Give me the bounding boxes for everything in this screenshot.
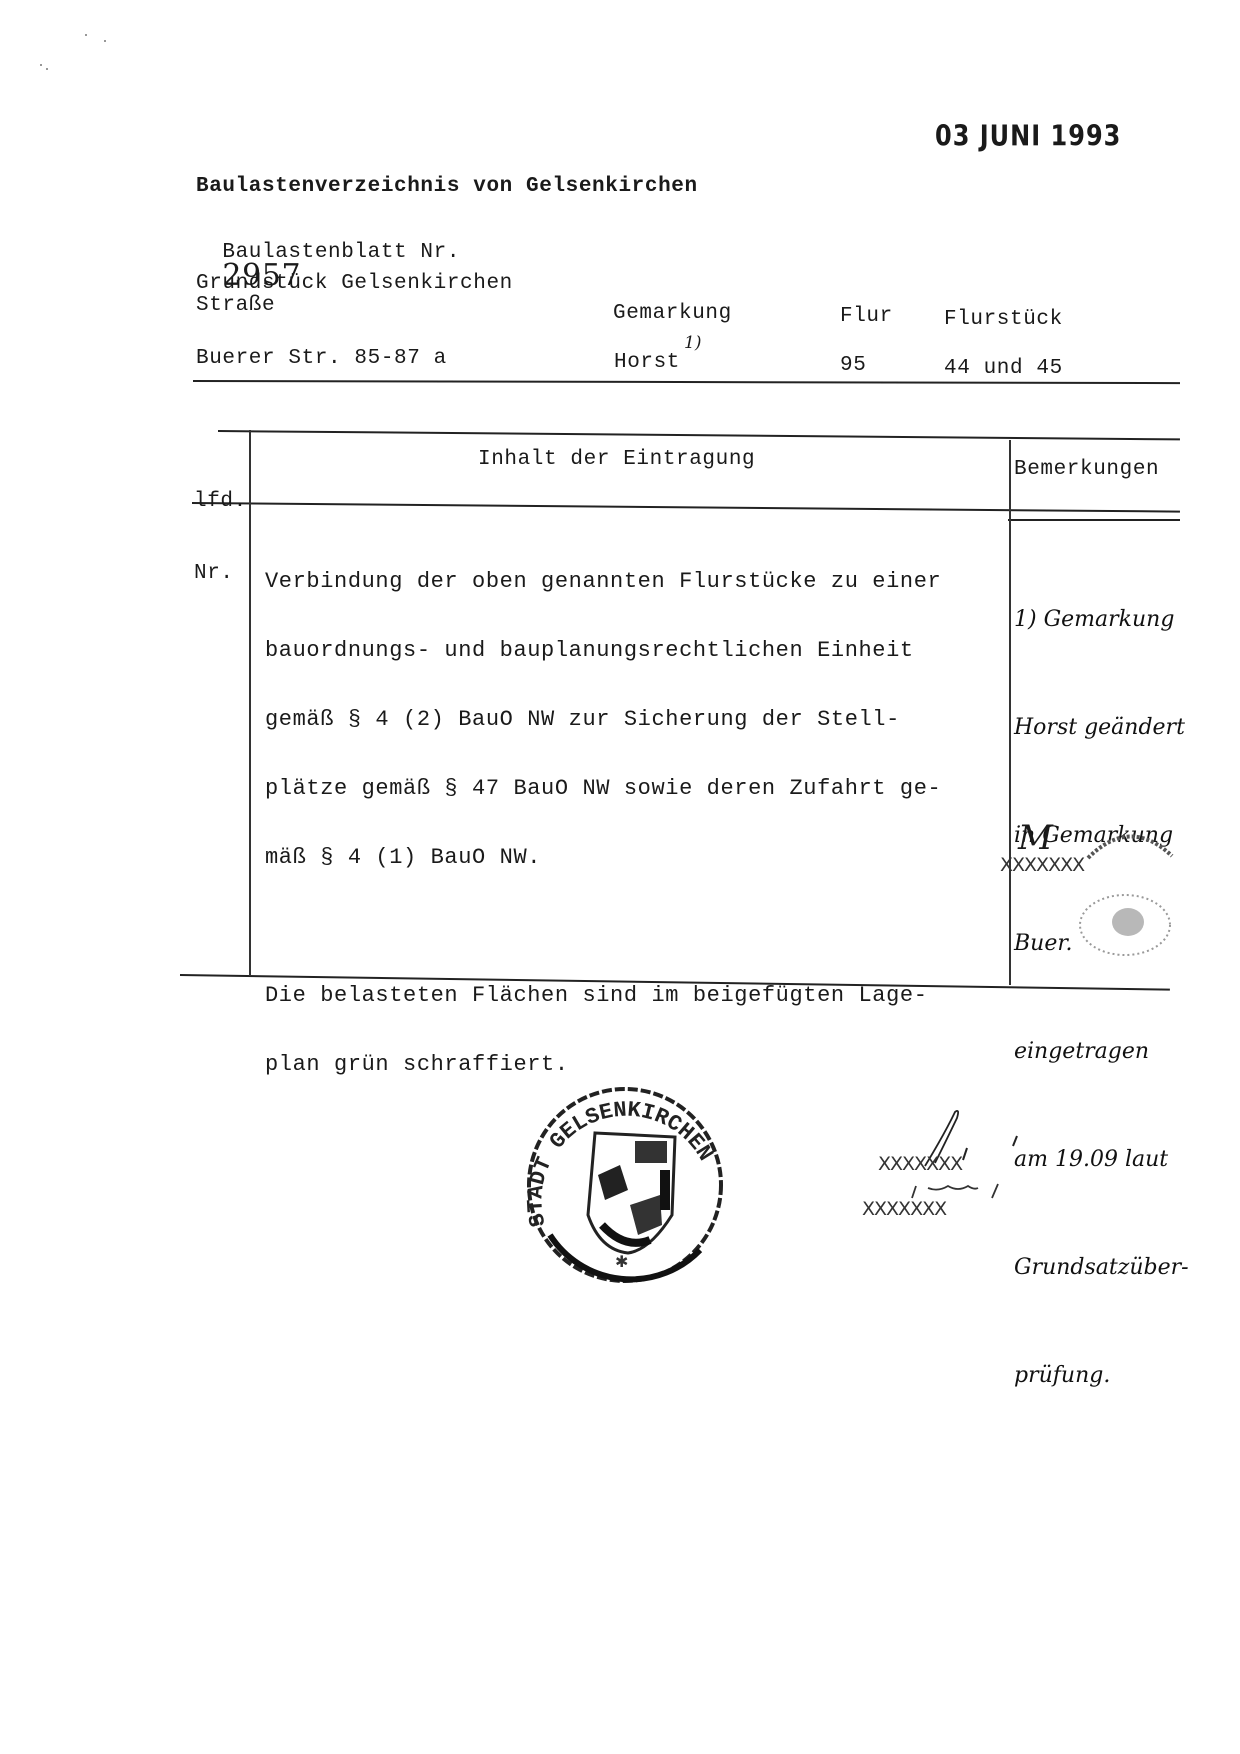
- faint-seal-stamp: [1070, 890, 1180, 960]
- gemarkung-value: Horst: [614, 351, 680, 374]
- scan-artifact: [85, 34, 87, 36]
- flur-value: 95: [840, 354, 866, 377]
- property-label: Grundstück Gelsenkirchen: [196, 272, 513, 295]
- table-header-divider: [192, 502, 1180, 513]
- gemarkung-footnote-mark: 1): [684, 333, 701, 353]
- remarks-redacted-name: XXXXXXX: [1000, 854, 1084, 876]
- header-nr: lfd. Nr.: [194, 442, 247, 610]
- flur-label: Flur: [840, 305, 893, 328]
- remarks-header-divider: [1008, 519, 1180, 521]
- gemarkung-label: Gemarkung: [613, 302, 732, 325]
- entry-line: plan grün schraffiert.: [265, 1053, 941, 1076]
- handwritten-remarks: 1) Gemarkung Horst geändert in Gemarkung…: [1014, 530, 1189, 1430]
- received-date-stamp: 03 JUNI 1993: [935, 119, 1121, 153]
- entry-line: gemäß § 4 (2) BauO NW zur Sicherung der …: [265, 708, 941, 731]
- entry-line: mäß § 4 (1) BauO NW.: [265, 846, 941, 869]
- entry-line: bauordnungs- und bauplanungsrechtlichen …: [265, 639, 941, 662]
- svg-text:✱: ✱: [615, 1252, 628, 1271]
- entry-line: Die belasteten Flächen sind im beigefügt…: [265, 984, 941, 1007]
- column-divider-remarks: [1009, 440, 1011, 985]
- svg-text:STADT GELSENKIRCHEN: STADT GELSENKIRCHEN: [523, 1098, 717, 1229]
- street-value: Buerer Str. 85-87 a: [196, 347, 447, 370]
- header-content: Inhalt der Eintragung: [478, 448, 755, 471]
- header-remarks: Bemerkungen: [1014, 458, 1159, 481]
- column-divider-nr: [249, 430, 251, 976]
- table-top-border: [218, 430, 1180, 440]
- entry-line: plätze gemäß § 47 BauO NW sowie deren Zu…: [265, 777, 941, 800]
- scan-artifact: [40, 64, 42, 66]
- scan-artifact: [46, 68, 48, 70]
- scan-artifact: [104, 40, 106, 42]
- entry-line: Verbindung der oben genannten Flurstücke…: [265, 570, 941, 593]
- register-title: Baulastenverzeichnis von Gelsenkirchen: [196, 175, 698, 198]
- remarks-signature: M: [1018, 818, 1053, 858]
- entry-content: Verbindung der oben genannten Flurstücke…: [265, 524, 941, 1099]
- flurstueck-label: Flurstück: [944, 308, 1063, 331]
- property-divider: [193, 380, 1180, 384]
- partial-seal-stamp: [1080, 820, 1180, 860]
- flurstueck-value: 44 und 45: [944, 357, 1063, 380]
- street-label: Straße: [196, 294, 275, 317]
- signatory-redacted-1: XXXXXXX: [878, 1153, 962, 1175]
- city-seal: STADT GELSENKIRCHEN ✱: [510, 1075, 740, 1290]
- signatory-redacted-2: XXXXXXX: [862, 1198, 946, 1220]
